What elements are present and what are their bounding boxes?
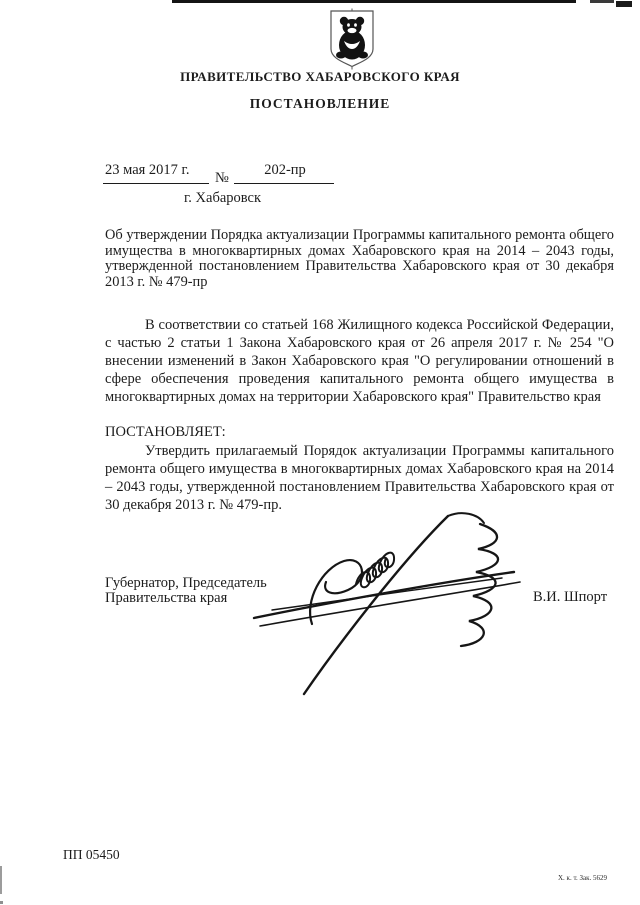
decree-document-page: ПРАВИТЕЛЬСТВО ХАБАРОВСКОГО КРАЯ ПОСТАНОВ… <box>0 0 640 905</box>
issuing-authority-title: ПРАВИТЕЛЬСТВО ХАБАРОВСКОГО КРАЯ <box>0 69 640 85</box>
scan-artifact-corner-mark <box>616 1 632 7</box>
signatory-position-line1: Губернатор, Председатель <box>105 576 267 591</box>
scan-artifact-dot <box>0 901 3 904</box>
signatory-position: Губернатор, Председатель Правительства к… <box>105 576 267 605</box>
body-paragraph-resolution: Утвердить прилагаемый Порядок актуализац… <box>105 442 614 514</box>
coat-of-arms-bear-icon <box>324 8 380 70</box>
printing-house-mark: Х. к. т. Зак. 5629 <box>558 874 607 882</box>
handwritten-signature-icon <box>252 506 537 696</box>
document-date: 23 мая 2017 г. <box>105 162 190 179</box>
registration-code: ПП 05450 <box>63 847 120 863</box>
body-paragraph-preamble: В соответствии со статьей 168 Жилищного … <box>105 316 614 406</box>
resolves-label: ПОСТАНОВЛЯЕТ: <box>105 424 226 441</box>
signatory-name: В.И. Шпорт <box>533 589 607 606</box>
number-sign-label: № <box>215 170 229 187</box>
document-type-title: ПОСТАНОВЛЕНИЕ <box>0 96 640 112</box>
date-underline <box>103 183 209 184</box>
scan-artifact-top-line <box>172 0 576 3</box>
document-subject: Об утверждении Порядка актуализации Прог… <box>105 228 614 290</box>
signatory-position-line2: Правительства края <box>105 591 267 606</box>
scan-artifact-left-line <box>0 866 2 894</box>
number-underline <box>234 183 334 184</box>
document-number: 202-пр <box>235 162 335 179</box>
document-city: г. Хабаровск <box>184 190 261 207</box>
scan-artifact-top-line-2 <box>590 0 614 3</box>
